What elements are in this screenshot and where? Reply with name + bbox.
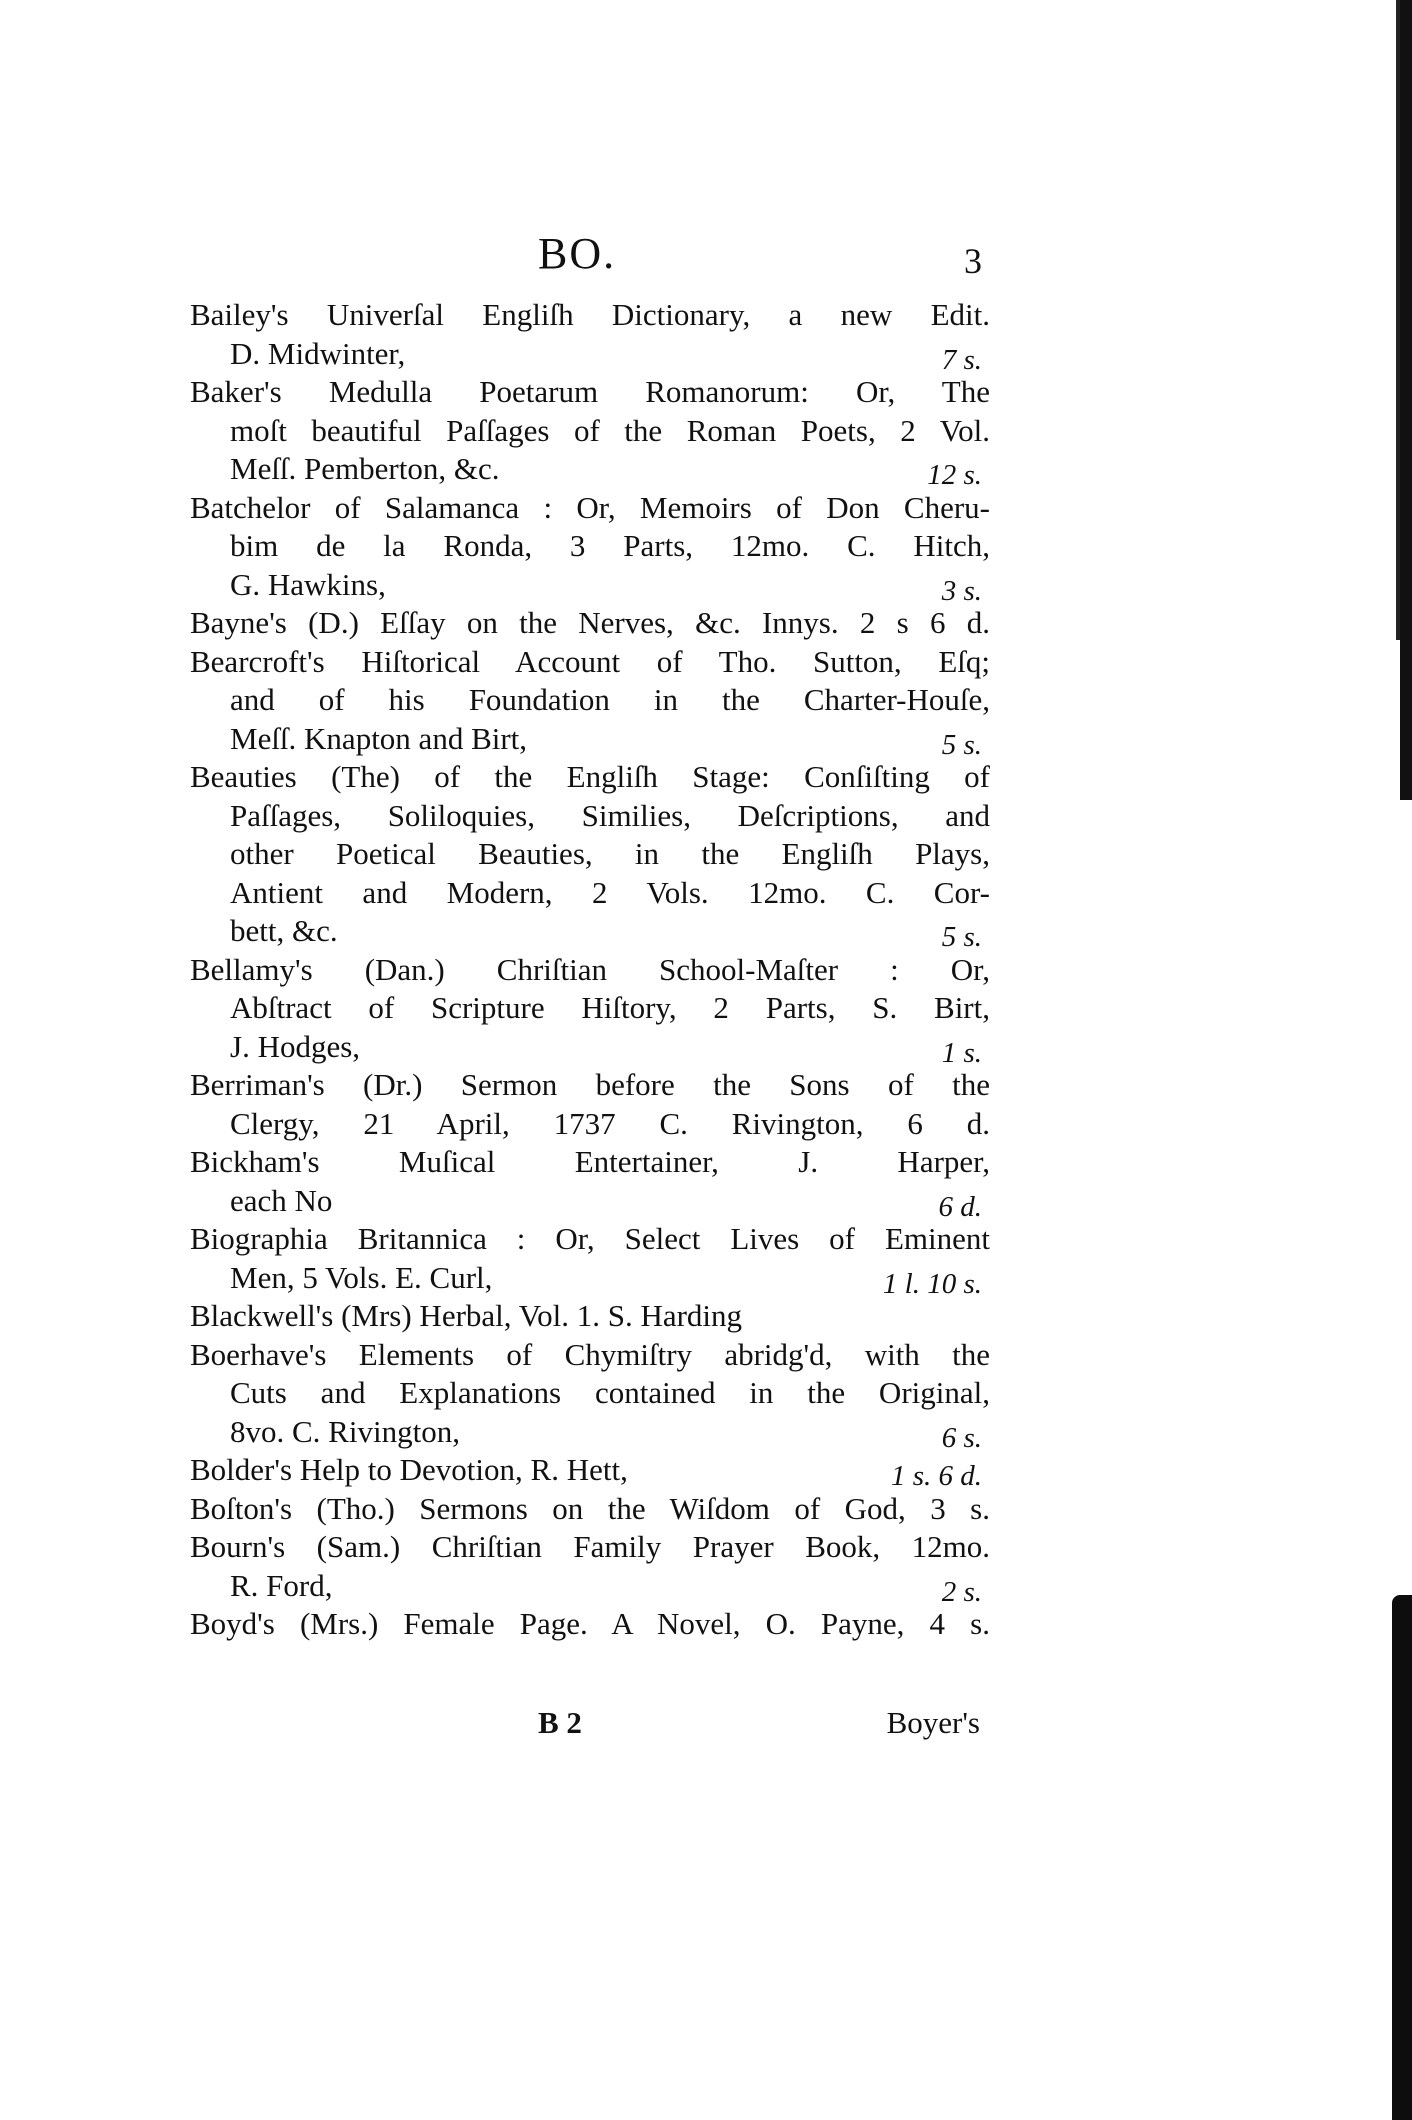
entry-title-line: Baker's Medulla Poetarum Romanorum: Or, … [190,373,990,412]
entry-continuation-line: Cuts and Explanations contained in the O… [190,1374,990,1413]
catalogue-entry: Bolder's Help to Devotion, R. Hett,1 s. … [190,1451,990,1490]
entry-text: Boerhave's Elements of Chymiſtry abridg'… [190,1337,990,1372]
catchword: Boyer's [887,1705,980,1741]
catalogue-entry: Bellamy's (Dan.) Chriſtian School-Maſter… [190,951,990,1067]
entry-title-line: Boſton's (Tho.) Sermons on the Wiſdom of… [190,1490,990,1529]
entry-continuation-line: Meſſ. Knapton and Birt,5 s. [190,720,990,759]
entry-continuation-line: R. Ford,2 s. [190,1567,990,1606]
entry-text: Bayne's (D.) Eſſay on the Nerves, &c. In… [190,605,990,640]
entry-text: Beauties (The) of the Engliſh Stage: Con… [190,759,990,794]
entry-text: Berriman's (Dr.) Sermon before the Sons … [190,1067,990,1102]
section-title: BO. [538,228,616,279]
entry-continuation-line: D. Midwinter,7 s. [190,335,990,374]
catalogue-entry: Bayne's (D.) Eſſay on the Nerves, &c. In… [190,604,990,643]
entry-continuation-line: Clergy, 21 April, 1737 C. Rivington, 6 d… [190,1105,990,1144]
page-footer: B 2 Boyer's [190,1705,990,1755]
catalogue-entry: Boſton's (Tho.) Sermons on the Wiſdom of… [190,1490,990,1529]
catalogue-entry: Bickham's Muſical Entertainer, J. Harper… [190,1143,990,1220]
entry-text: Bourn's (Sam.) Chriſtian Family Prayer B… [190,1529,990,1564]
catalogue-entry: Baker's Medulla Poetarum Romanorum: Or, … [190,373,990,489]
entry-title-line: Bayne's (D.) Eſſay on the Nerves, &c. In… [190,604,990,643]
entry-title-line: Boerhave's Elements of Chymiſtry abridg'… [190,1336,990,1375]
entry-text: R. Ford, [230,1568,333,1603]
entry-text: Bearcroft's Hiſtorical Account of Tho. S… [190,644,990,679]
entry-text: each No [230,1183,332,1218]
catalogue-entry: Boerhave's Elements of Chymiſtry abridg'… [190,1336,990,1452]
entry-text: Antient and Modern, 2 Vols. 12mo. C. Cor… [230,875,990,910]
entry-text: Meſſ. Knapton and Birt, [230,721,527,756]
entry-text: Bellamy's (Dan.) Chriſtian School-Maſter… [190,952,990,987]
scanned-page-edge-shadow [1396,0,1400,640]
entry-title-line: Batchelor of Salamanca : Or, Memoirs of … [190,489,990,528]
entry-title-line: Bolder's Help to Devotion, R. Hett,1 s. … [190,1451,990,1490]
entry-text: Paſſages, Soliloquies, Similies, Deſcrip… [230,798,990,833]
entry-text: G. Hawkins, [230,567,386,602]
catalogue-entry: Bearcroft's Hiſtorical Account of Tho. S… [190,643,990,759]
entry-continuation-line: bim de la Ronda, 3 Parts, 12mo. C. Hitch… [190,527,990,566]
catalogue-entry: Batchelor of Salamanca : Or, Memoirs of … [190,489,990,605]
entry-continuation-line: Antient and Modern, 2 Vols. 12mo. C. Cor… [190,874,990,913]
entry-text: Meſſ. Pemberton, &c. [230,451,499,486]
entry-title-line: Boyd's (Mrs.) Female Page. A Novel, O. P… [190,1605,990,1644]
entry-text: Bolder's Help to Devotion, R. Hett, [190,1452,628,1487]
entry-text: bim de la Ronda, 3 Parts, 12mo. C. Hitch… [230,528,990,563]
entry-title-line: Bailey's Univerſal Engliſh Dictionary, a… [190,296,990,335]
entry-continuation-line: Paſſages, Soliloquies, Similies, Deſcrip… [190,797,990,836]
entry-continuation-line: J. Hodges,1 s. [190,1028,990,1067]
catalogue-entry: Bourn's (Sam.) Chriſtian Family Prayer B… [190,1528,990,1605]
entry-text: Blackwell's (Mrs) Herbal, Vol. 1. S. Har… [190,1298,742,1333]
entry-text: Men, 5 Vols. E. Curl, [230,1260,492,1295]
entry-title-line: Blackwell's (Mrs) Herbal, Vol. 1. S. Har… [190,1297,990,1336]
entry-continuation-line: G. Hawkins,3 s. [190,566,990,605]
entry-text: D. Midwinter, [230,336,405,371]
entry-text: and of his Foundation in the Charter-Hou… [230,682,990,717]
running-head: BO. 3 [190,228,990,278]
signature-mark: B 2 [538,1705,582,1741]
entry-text: Abſtract of Scripture Hiſtory, 2 Parts, … [230,990,990,1025]
entry-text: Cuts and Explanations contained in the O… [230,1375,990,1410]
entry-continuation-line: moſt beautiful Paſſages of the Roman Poe… [190,412,990,451]
entry-title-line: Berriman's (Dr.) Sermon before the Sons … [190,1066,990,1105]
entry-text: Bailey's Univerſal Engliſh Dictionary, a… [190,297,990,332]
entry-text: Bickham's Muſical Entertainer, J. Harper… [190,1144,990,1179]
entry-continuation-line: other Poetical Beauties, in the Engliſh … [190,835,990,874]
catalogue-entry: Boyd's (Mrs.) Female Page. A Novel, O. P… [190,1605,990,1644]
entry-continuation-line: Abſtract of Scripture Hiſtory, 2 Parts, … [190,989,990,1028]
catalogue-entry: Berriman's (Dr.) Sermon before the Sons … [190,1066,990,1143]
entry-title-line: Bellamy's (Dan.) Chriſtian School-Maſter… [190,951,990,990]
entry-continuation-line: bett, &c.5 s. [190,912,990,951]
entry-continuation-line: Men, 5 Vols. E. Curl,1 l. 10 s. [190,1259,990,1298]
entry-text: Baker's Medulla Poetarum Romanorum: Or, … [190,374,990,409]
catalogue-entry: Bailey's Univerſal Engliſh Dictionary, a… [190,296,990,373]
entry-continuation-line: 8vo. C. Rivington,6 s. [190,1413,990,1452]
entry-text: Batchelor of Salamanca : Or, Memoirs of … [190,490,990,525]
page-number: 3 [964,240,982,282]
entry-title-line: Bourn's (Sam.) Chriſtian Family Prayer B… [190,1528,990,1567]
entry-text: J. Hodges, [230,1029,360,1064]
entry-text: moſt beautiful Paſſages of the Roman Poe… [230,413,990,448]
scanned-page-edge-bottom [1392,1595,1412,2120]
entry-continuation-line: each No6 d. [190,1182,990,1221]
catalogue-entry: Blackwell's (Mrs) Herbal, Vol. 1. S. Har… [190,1297,990,1336]
entry-title-line: Bickham's Muſical Entertainer, J. Harper… [190,1143,990,1182]
entry-title-line: Biographia Britannica : Or, Select Lives… [190,1220,990,1259]
entry-text: Boſton's (Tho.) Sermons on the Wiſdom of… [190,1491,990,1526]
entry-text: Boyd's (Mrs.) Female Page. A Novel, O. P… [190,1606,990,1641]
catalogue-entries: Bailey's Univerſal Engliſh Dictionary, a… [190,296,990,1644]
entry-continuation-line: and of his Foundation in the Charter-Hou… [190,681,990,720]
entry-text: bett, &c. [230,913,338,948]
entry-text: other Poetical Beauties, in the Engliſh … [230,836,990,871]
entry-text: Clergy, 21 April, 1737 C. Rivington, 6 d… [230,1106,990,1141]
entry-text: 8vo. C. Rivington, [230,1414,460,1449]
entry-continuation-line: Meſſ. Pemberton, &c.12 s. [190,450,990,489]
entry-text: Biographia Britannica : Or, Select Lives… [190,1221,990,1256]
entry-title-line: Beauties (The) of the Engliſh Stage: Con… [190,758,990,797]
catalogue-entry: Beauties (The) of the Engliſh Stage: Con… [190,758,990,951]
catalogue-entry: Biographia Britannica : Or, Select Lives… [190,1220,990,1297]
entry-title-line: Bearcroft's Hiſtorical Account of Tho. S… [190,643,990,682]
scanned-page-edge-top [1400,0,1412,800]
